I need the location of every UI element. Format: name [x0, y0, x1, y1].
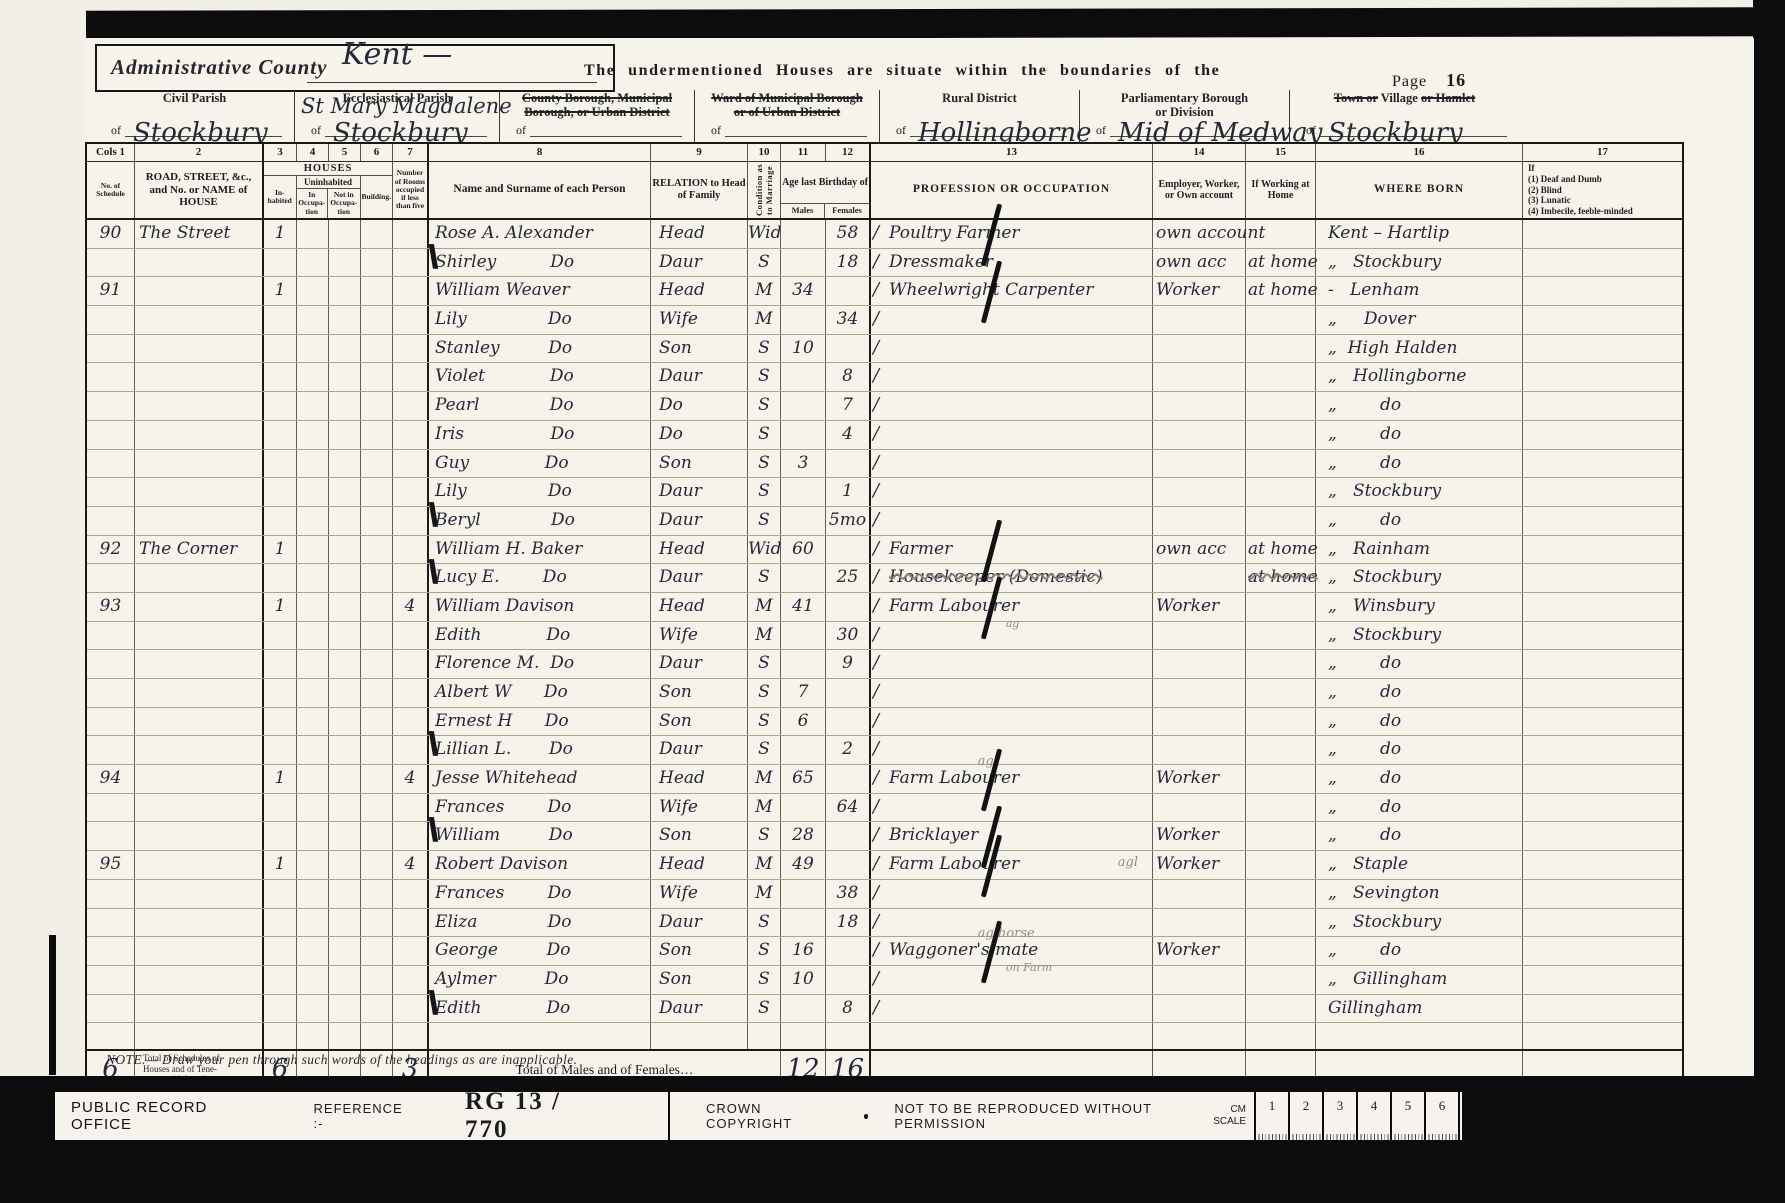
address: [135, 909, 264, 937]
person-name: Pearl Do: [429, 392, 651, 420]
marital-condition: M: [748, 306, 781, 334]
age-female: 5mo: [826, 507, 871, 535]
table-row: \\ Lucy E. Do Daur S 25 /Housekeeper (Do…: [87, 564, 1682, 593]
marital-condition: S: [748, 736, 781, 764]
person-name: Florence M. Do: [429, 650, 651, 678]
building-cell: [361, 306, 393, 334]
record-office-label: PUBLIC RECORD OFFICE: [71, 1099, 254, 1133]
employer-status: [1153, 421, 1246, 449]
age-female: [826, 335, 871, 363]
schedule-number: [87, 622, 135, 650]
address: [135, 593, 264, 621]
employer-status: own acc: [1153, 249, 1246, 277]
age-female: 30: [826, 622, 871, 650]
tick-mark: /: [873, 622, 889, 648]
occupation-cell: /Poultry Farmer: [871, 220, 1153, 248]
address: [135, 249, 264, 277]
where-born: „ Stockbury: [1316, 909, 1523, 937]
occupation: Farm Labourer: [889, 596, 1019, 616]
building-cell: [361, 937, 393, 965]
age-male: [781, 622, 826, 650]
marital-condition: S: [748, 937, 781, 965]
in-occupation-cell: [297, 536, 329, 564]
schedule-number: 93: [87, 593, 135, 621]
marital-condition: M: [748, 277, 781, 305]
admin-county-underline: [307, 82, 597, 83]
table-row: \\ William Do Son S 28 /Bricklayer Worke…: [87, 822, 1682, 851]
employer-status: [1153, 966, 1246, 994]
relation: Head: [651, 593, 748, 621]
age-male: 16: [781, 937, 826, 965]
ruler-cell: 4: [1358, 1092, 1392, 1140]
rooms-cell: [393, 966, 429, 994]
table-row: Violet Do Daur S 8 / „ Hollingborne: [87, 363, 1682, 392]
building-cell: [361, 822, 393, 850]
inhabited-mark: [264, 450, 297, 478]
building-cell: [361, 277, 393, 305]
in-occupation-cell: [297, 564, 329, 592]
marital-condition: M: [748, 622, 781, 650]
relation: Daur: [651, 249, 748, 277]
age-male: [781, 421, 826, 449]
marital-condition: S: [748, 909, 781, 937]
address: [135, 794, 264, 822]
working-at-home: [1246, 966, 1316, 994]
tick-mark: /: [873, 363, 889, 389]
in-occupation-cell: [297, 277, 329, 305]
tick-mark: /: [873, 679, 889, 705]
relation: Son: [651, 708, 748, 736]
district-label: Rural District: [880, 90, 1079, 117]
marital-condition: S: [748, 564, 781, 592]
person-name: Ernest H Do: [429, 708, 651, 736]
person-name: George Do: [429, 937, 651, 965]
inhabited-mark: [264, 937, 297, 965]
building-cell: [361, 363, 393, 391]
relation: Head: [651, 765, 748, 793]
table-row: Eliza Do Daur S 18 / „ Stockbury: [87, 909, 1682, 938]
district-underline: [725, 136, 867, 137]
footer-dot: [864, 1114, 869, 1119]
marital-condition: S: [748, 966, 781, 994]
inhabited-mark: [264, 995, 297, 1023]
marital-condition: S: [748, 708, 781, 736]
not-in-occupation-cell: [329, 478, 361, 506]
in-occupation-cell: [297, 335, 329, 363]
in-occupation-cell: [297, 593, 329, 621]
address: [135, 564, 264, 592]
not-in-occupation-cell: [329, 220, 361, 248]
age-male: 65: [781, 765, 826, 793]
building-cell: [361, 421, 393, 449]
col-number: 9: [651, 144, 748, 161]
person-name: Albert W Do: [429, 679, 651, 707]
of-label: of: [896, 123, 906, 138]
infirmity-cell: [1523, 650, 1682, 678]
table-row: Pearl Do Do S 7 / „ do: [87, 392, 1682, 421]
inhabited-mark: [264, 650, 297, 678]
person-name: Guy Do: [429, 450, 651, 478]
age-female: [826, 536, 871, 564]
table-row: 90 The Street 1 Rose A. Alexander Head W…: [87, 220, 1682, 249]
infirmity-cell: [1523, 622, 1682, 650]
relation: Son: [651, 679, 748, 707]
schedule-number: [87, 822, 135, 850]
age-female: 38: [826, 880, 871, 908]
address: [135, 736, 264, 764]
schedule-number: [87, 995, 135, 1023]
working-at-home: [1246, 937, 1316, 965]
tick-mark: /: [873, 507, 889, 533]
where-born: „ do: [1316, 736, 1523, 764]
building-cell: [361, 593, 393, 621]
building-cell: [361, 650, 393, 678]
address: [135, 277, 264, 305]
table-row: 95 1 4 Robert Davison Head M 49 /Farm La…: [87, 851, 1682, 880]
address: [135, 880, 264, 908]
age-female: 25: [826, 564, 871, 592]
occupation-cell: /: [871, 966, 1153, 994]
schedule-number: [87, 507, 135, 535]
tick-mark: /: [873, 909, 889, 935]
table-row: Frances Do Wife M 64 / „ do: [87, 794, 1682, 823]
person-name: Shirley Do: [429, 249, 651, 277]
schedule-number: [87, 650, 135, 678]
address: [135, 708, 264, 736]
table-row: \\ Edith Do Daur S 8 / Gillingham: [87, 995, 1682, 1024]
building-cell: [361, 995, 393, 1023]
person-name: Frances Do: [429, 794, 651, 822]
tick-mark: /: [873, 593, 889, 619]
relation: Son: [651, 822, 748, 850]
person-name: Edith Do: [429, 995, 651, 1023]
of-label: of: [311, 123, 321, 138]
building-cell: [361, 478, 393, 506]
inhabited-mark: [264, 736, 297, 764]
in-occupation-cell: [297, 421, 329, 449]
employer-status: [1153, 794, 1246, 822]
occupation-cell: /: [871, 363, 1153, 391]
relation: Do: [651, 392, 748, 420]
in-occupation-cell: [297, 794, 329, 822]
address: [135, 650, 264, 678]
where-born: „ do: [1316, 937, 1523, 965]
building-cell: [361, 851, 393, 879]
person-name: Beryl Do: [429, 507, 651, 535]
employer-status: [1153, 392, 1246, 420]
reproduction-notice: NOT TO BE REPRODUCED WITHOUT PERMISSION: [894, 1101, 1213, 1131]
tick-mark: /: [873, 966, 889, 992]
district-column: Civil Parish of Stockbury: [95, 90, 295, 142]
age-male: [781, 363, 826, 391]
header-home: If Working at Home: [1246, 162, 1316, 218]
person-name: Lily Do: [429, 306, 651, 334]
in-occupation-cell: [297, 306, 329, 334]
occupation-cell: /: [871, 650, 1153, 678]
age-female: [826, 593, 871, 621]
person-name: Robert Davison: [429, 851, 651, 879]
header-schedule: No. of Schedule: [87, 162, 135, 218]
age-male: 6: [781, 708, 826, 736]
tick-mark: /: [873, 220, 889, 246]
in-occupation-cell: [297, 937, 329, 965]
header-road: ROAD, STREET, &c., and No. or NAME of HO…: [135, 162, 264, 218]
page-number-value: 16: [1446, 70, 1466, 90]
person-name: William Davison: [429, 593, 651, 621]
age-male: 10: [781, 966, 826, 994]
person-name: Edith Do: [429, 622, 651, 650]
employer-status: Worker: [1153, 277, 1246, 305]
district-column: County Borough, Municipal Borough, or Ur…: [500, 90, 695, 142]
working-at-home: [1246, 220, 1316, 248]
occupation-cell: /Dressmaker: [871, 249, 1153, 277]
rooms-cell: [393, 220, 429, 248]
ruler-cell: 3: [1324, 1092, 1358, 1140]
tick-mark: /: [873, 421, 889, 447]
schedule-number: [87, 909, 135, 937]
schedule-number: [87, 966, 135, 994]
address: [135, 421, 264, 449]
inhabited-mark: [264, 822, 297, 850]
working-at-home: [1246, 392, 1316, 420]
address: [135, 507, 264, 535]
relation: Head: [651, 277, 748, 305]
rooms-cell: [393, 679, 429, 707]
working-at-home: [1246, 679, 1316, 707]
working-at-home: [1246, 708, 1316, 736]
ruler-cell: 2: [1290, 1092, 1324, 1140]
building-cell: [361, 736, 393, 764]
not-in-occupation-cell: [329, 363, 361, 391]
where-born: „ Stockbury: [1316, 622, 1523, 650]
marital-condition: Wid: [748, 536, 781, 564]
age-male: 7: [781, 679, 826, 707]
occupation-cell: /: [871, 507, 1153, 535]
employer-status: [1153, 708, 1246, 736]
infirmity-cell: [1523, 335, 1682, 363]
age-female: [826, 277, 871, 305]
table-row: Lily Do Daur S 1 / „ Stockbury: [87, 478, 1682, 507]
not-in-occupation-cell: [329, 966, 361, 994]
col-number: 13: [871, 144, 1153, 161]
inhabited-mark: 1: [264, 851, 297, 879]
address: [135, 822, 264, 850]
table-row: Ernest H Do Son S 6 / „ do: [87, 708, 1682, 737]
building-cell: [361, 450, 393, 478]
schedule-number: 91: [87, 277, 135, 305]
header-houses-group: HOUSES In-habited Uninhabited In Occupa-…: [264, 162, 393, 218]
col-number: 16: [1316, 144, 1523, 161]
age-male: [781, 995, 826, 1023]
occupation-cell: /Waggoner's mateag horseon Farm: [871, 937, 1153, 965]
not-in-occupation-cell: [329, 650, 361, 678]
infirmity-cell: [1523, 708, 1682, 736]
inhabited-mark: [264, 622, 297, 650]
working-at-home: [1246, 851, 1316, 879]
working-at-home: [1246, 450, 1316, 478]
person-name: Iris Do: [429, 421, 651, 449]
rooms-cell: [393, 478, 429, 506]
header-females: Females: [825, 204, 869, 218]
header-in-occupation: In Occupa-tion: [297, 189, 329, 218]
age-male: [781, 564, 826, 592]
address: [135, 450, 264, 478]
building-cell: [361, 564, 393, 592]
tick-mark: /: [873, 765, 889, 791]
of-label: of: [1096, 123, 1106, 138]
age-male: [781, 507, 826, 535]
building-cell: [361, 909, 393, 937]
ruler-cell: 5: [1392, 1092, 1426, 1140]
building-cell: [361, 880, 393, 908]
in-occupation-cell: [297, 765, 329, 793]
rooms-cell: [393, 536, 429, 564]
schedule-number: [87, 421, 135, 449]
marital-condition: M: [748, 880, 781, 908]
employer-status: [1153, 507, 1246, 535]
in-occupation-cell: [297, 363, 329, 391]
district-label: Parliamentary Borough or Division: [1080, 90, 1289, 117]
col-number: 3: [264, 144, 297, 161]
marital-condition: S: [748, 249, 781, 277]
building-cell: [361, 708, 393, 736]
infirmity-cell: [1523, 851, 1682, 879]
not-in-occupation-cell: [329, 536, 361, 564]
inhabited-mark: 1: [264, 765, 297, 793]
building-cell: [361, 392, 393, 420]
employer-status: [1153, 880, 1246, 908]
age-female: 18: [826, 249, 871, 277]
infirmity-cell: [1523, 392, 1682, 420]
table-row: Florence M. Do Daur S 9 / „ do: [87, 650, 1682, 679]
schedule-number: [87, 392, 135, 420]
employer-status: [1153, 363, 1246, 391]
table-row: \\ Lillian L. Do Daur S 2 / „ do: [87, 736, 1682, 765]
relation: Son: [651, 966, 748, 994]
where-born: „ Rainham: [1316, 536, 1523, 564]
working-at-home: [1246, 478, 1316, 506]
not-in-occupation-cell: [329, 851, 361, 879]
age-female: [826, 450, 871, 478]
rooms-cell: 4: [393, 851, 429, 879]
col-number: 15: [1246, 144, 1316, 161]
district-label: Civil Parish: [95, 90, 294, 117]
relation: Son: [651, 335, 748, 363]
inhabited-mark: [264, 564, 297, 592]
tick-mark: /: [873, 851, 889, 877]
building-cell: [361, 765, 393, 793]
person-name: Lily Do: [429, 478, 651, 506]
census-scan-page: { "header": { "admin_county_label": "Adm…: [0, 0, 1785, 1203]
table-body: 90 The Street 1 Rose A. Alexander Head W…: [87, 220, 1682, 1023]
inhabited-mark: [264, 335, 297, 363]
col-number: 7: [393, 144, 429, 161]
footnote: NOTE.— Draw your pen through such words …: [106, 1052, 577, 1068]
marital-condition: M: [748, 851, 781, 879]
pencil-note: agl: [978, 754, 998, 769]
of-label: of: [711, 123, 721, 138]
inhabited-mark: 1: [264, 536, 297, 564]
col-number: Cols 1: [87, 144, 135, 161]
where-born: „ do: [1316, 650, 1523, 678]
rooms-cell: [393, 937, 429, 965]
district-underline: [530, 136, 682, 137]
header-name: Name and Surname of each Person: [429, 162, 651, 218]
schedule-number: [87, 363, 135, 391]
header-inhabited: In-habited: [264, 176, 297, 218]
rooms-cell: [393, 794, 429, 822]
in-occupation-cell: [297, 822, 329, 850]
infirmity-cell: [1523, 220, 1682, 248]
tick-mark: /: [873, 478, 889, 504]
header-building: Building.: [361, 176, 393, 218]
footer-divider: [668, 1092, 670, 1140]
working-at-home: at home: [1246, 277, 1316, 305]
schedule-number: [87, 679, 135, 707]
in-occupation-cell: [297, 851, 329, 879]
age-male: 3: [781, 450, 826, 478]
employer-status: [1153, 450, 1246, 478]
person-name: Frances Do: [429, 880, 651, 908]
cm-ruler: 1 2 3 4 5 6: [1254, 1092, 1460, 1140]
where-born: „ Gillingham: [1316, 966, 1523, 994]
infirmity-cell: [1523, 421, 1682, 449]
census-form-page: Administrative County Kent — The underme…: [84, 38, 1754, 1076]
person-name: William Do: [429, 822, 651, 850]
schedule-number: [87, 794, 135, 822]
infirmity-cell: [1523, 880, 1682, 908]
person-name: Rose A. Alexander: [429, 220, 651, 248]
relation: Daur: [651, 909, 748, 937]
relation: Wife: [651, 880, 748, 908]
district-column: Ecclesiastical Parish of St Mary Magdale…: [295, 90, 500, 142]
not-in-occupation-cell: [329, 679, 361, 707]
building-cell: [361, 794, 393, 822]
tick-mark: /: [873, 564, 889, 590]
building-cell: [361, 335, 393, 363]
infirmity-cell: [1523, 536, 1682, 564]
employer-status: [1153, 478, 1246, 506]
table-row: George Do Son S 16 /Waggoner's mateag ho…: [87, 937, 1682, 966]
infirmity-cell: [1523, 507, 1682, 535]
age-male: [781, 392, 826, 420]
rooms-cell: [393, 335, 429, 363]
table-row: Albert W Do Son S 7 / „ do: [87, 679, 1682, 708]
occupation: Farm Labourer: [889, 768, 1019, 788]
person-name: William H. Baker: [429, 536, 651, 564]
age-male: 10: [781, 335, 826, 363]
infirmity-cell: [1523, 679, 1682, 707]
address: [135, 622, 264, 650]
header-condition: Condition as to Marriage: [748, 162, 781, 218]
in-occupation-cell: [297, 220, 329, 248]
col-number: 8: [429, 144, 651, 161]
person-name: Lucy E. Do: [429, 564, 651, 592]
table-row: Iris Do Do S 4 / „ do: [87, 421, 1682, 450]
tick-mark: /: [873, 822, 889, 848]
occupation: Dressmaker: [889, 252, 993, 272]
occupation-cell: /: [871, 306, 1153, 334]
where-born: Kent – Hartlip: [1316, 220, 1523, 248]
age-female: 2: [826, 736, 871, 764]
relation: Daur: [651, 564, 748, 592]
working-at-home: [1246, 306, 1316, 334]
where-born: „ Winsbury: [1316, 593, 1523, 621]
district-column: Town or Village or Hamlet of Stockbury: [1290, 90, 1519, 142]
infirmity-cell: [1523, 306, 1682, 334]
occupation: Farm Labourer: [889, 854, 1019, 874]
occupation-cell: /: [871, 450, 1153, 478]
